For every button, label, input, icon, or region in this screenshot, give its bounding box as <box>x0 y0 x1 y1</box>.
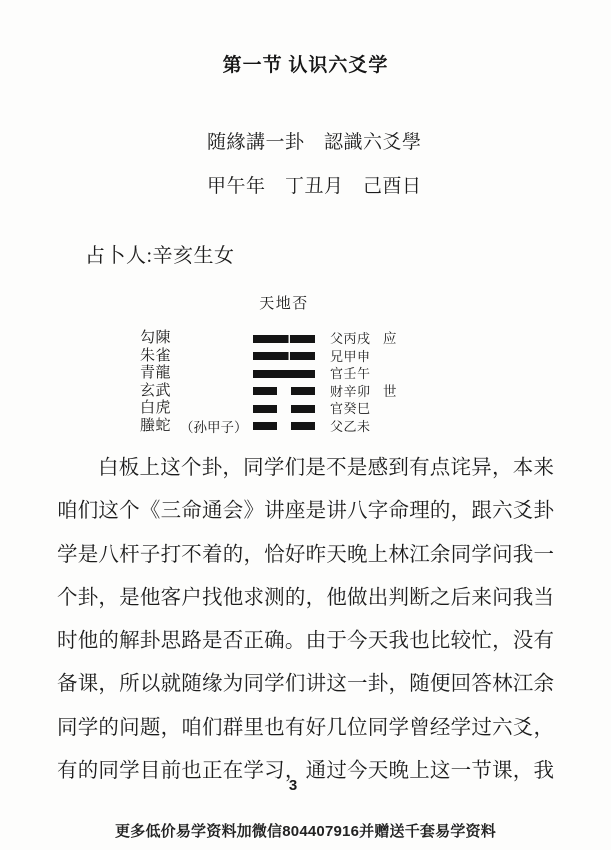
najia-label: 财辛卯 <box>330 383 371 401</box>
hidden-line-note: （孙甲子） <box>180 419 248 437</box>
page-number: 3 <box>283 777 303 794</box>
shi-ying-marker: 应 <box>383 330 397 348</box>
hexagram-name: 天地否 <box>243 292 325 313</box>
hexagram-line <box>253 370 315 378</box>
date-line: 甲午年 丁丑月 己酉日 <box>207 171 422 198</box>
hexagram-row: 白虎 官癸巳 <box>140 400 470 418</box>
hexagram-row: 玄武 财辛卯 世 <box>140 383 470 401</box>
hexagram-row: 勾陳 父丙戌 应 <box>140 330 470 348</box>
six-god-label: 白虎 <box>140 400 171 418</box>
hexagram-line <box>253 405 315 413</box>
hexagram-line <box>253 422 315 430</box>
body-paragraph: 白板上这个卦，同学们是不是感到有点诧异，本来 咱们这个《三命通会》讲座是讲八字命… <box>57 447 554 793</box>
body-line: 咱们这个《三命通会》讲座是讲八字命理的，跟六爻卦 <box>57 490 554 533</box>
six-god-label: 螣蛇 <box>140 418 171 436</box>
body-line: 白板上这个卦，同学们是不是感到有点诧异，本来 <box>57 447 554 490</box>
najia-label: 父乙未 <box>330 418 371 436</box>
body-line: 有的同学目前也正在学习，通过今天晚上这一节课，我 <box>57 750 554 793</box>
body-line: 同学的问题，咱们群里也有好几位同学曾经学过六爻， <box>57 707 554 750</box>
hexagram-row: 螣蛇 （孙甲子） 父乙未 <box>140 418 470 436</box>
hexagram-line <box>253 335 315 343</box>
shi-ying-marker: 世 <box>383 383 397 401</box>
body-line: 时他的解卦思路是否正确。由于今天我也比较忙，没有 <box>57 620 554 663</box>
najia-label: 父丙戌 <box>330 330 371 348</box>
six-god-label: 青龍 <box>140 365 171 383</box>
body-line: 学是八杆子打不着的，恰好昨天晚上林江余同学问我一 <box>57 534 554 577</box>
hexagram-line <box>253 352 315 360</box>
body-line: 备课，所以就随缘为同学们讲这一卦，随便回答林江余 <box>57 663 554 706</box>
document-page: 第一节 认识六爻学 随緣講一卦 認識六爻學 甲午年 丁丑月 己酉日 占卜人:辛亥… <box>0 0 611 850</box>
six-god-label: 勾陳 <box>140 330 171 348</box>
six-god-label: 玄武 <box>140 383 171 401</box>
lecture-subtitle: 随緣講一卦 認識六爻學 <box>207 127 422 154</box>
hexagram-diagram: 勾陳 父丙戌 应 朱雀 兄甲申 青龍 官壬午 玄武 财辛卯 世 <box>140 330 470 436</box>
hexagram-row: 青龍 官壬午 <box>140 365 470 383</box>
diviner-line: 占卜人:辛亥生女 <box>85 239 235 268</box>
footer-note: 更多低价易学资料加微信804407916并赠送千套易学资料 <box>0 820 611 841</box>
six-god-label: 朱雀 <box>140 348 171 366</box>
najia-label: 官癸巳 <box>330 400 371 418</box>
najia-label: 兄甲申 <box>330 348 371 366</box>
hexagram-row: 朱雀 兄甲申 <box>140 348 470 366</box>
body-line: 个卦，是他客户找他求测的，他做出判断之后来问我当 <box>57 577 554 620</box>
najia-label: 官壬午 <box>330 365 371 383</box>
page-title: 第一节 认识六爻学 <box>0 50 611 77</box>
hexagram-line <box>253 387 315 395</box>
